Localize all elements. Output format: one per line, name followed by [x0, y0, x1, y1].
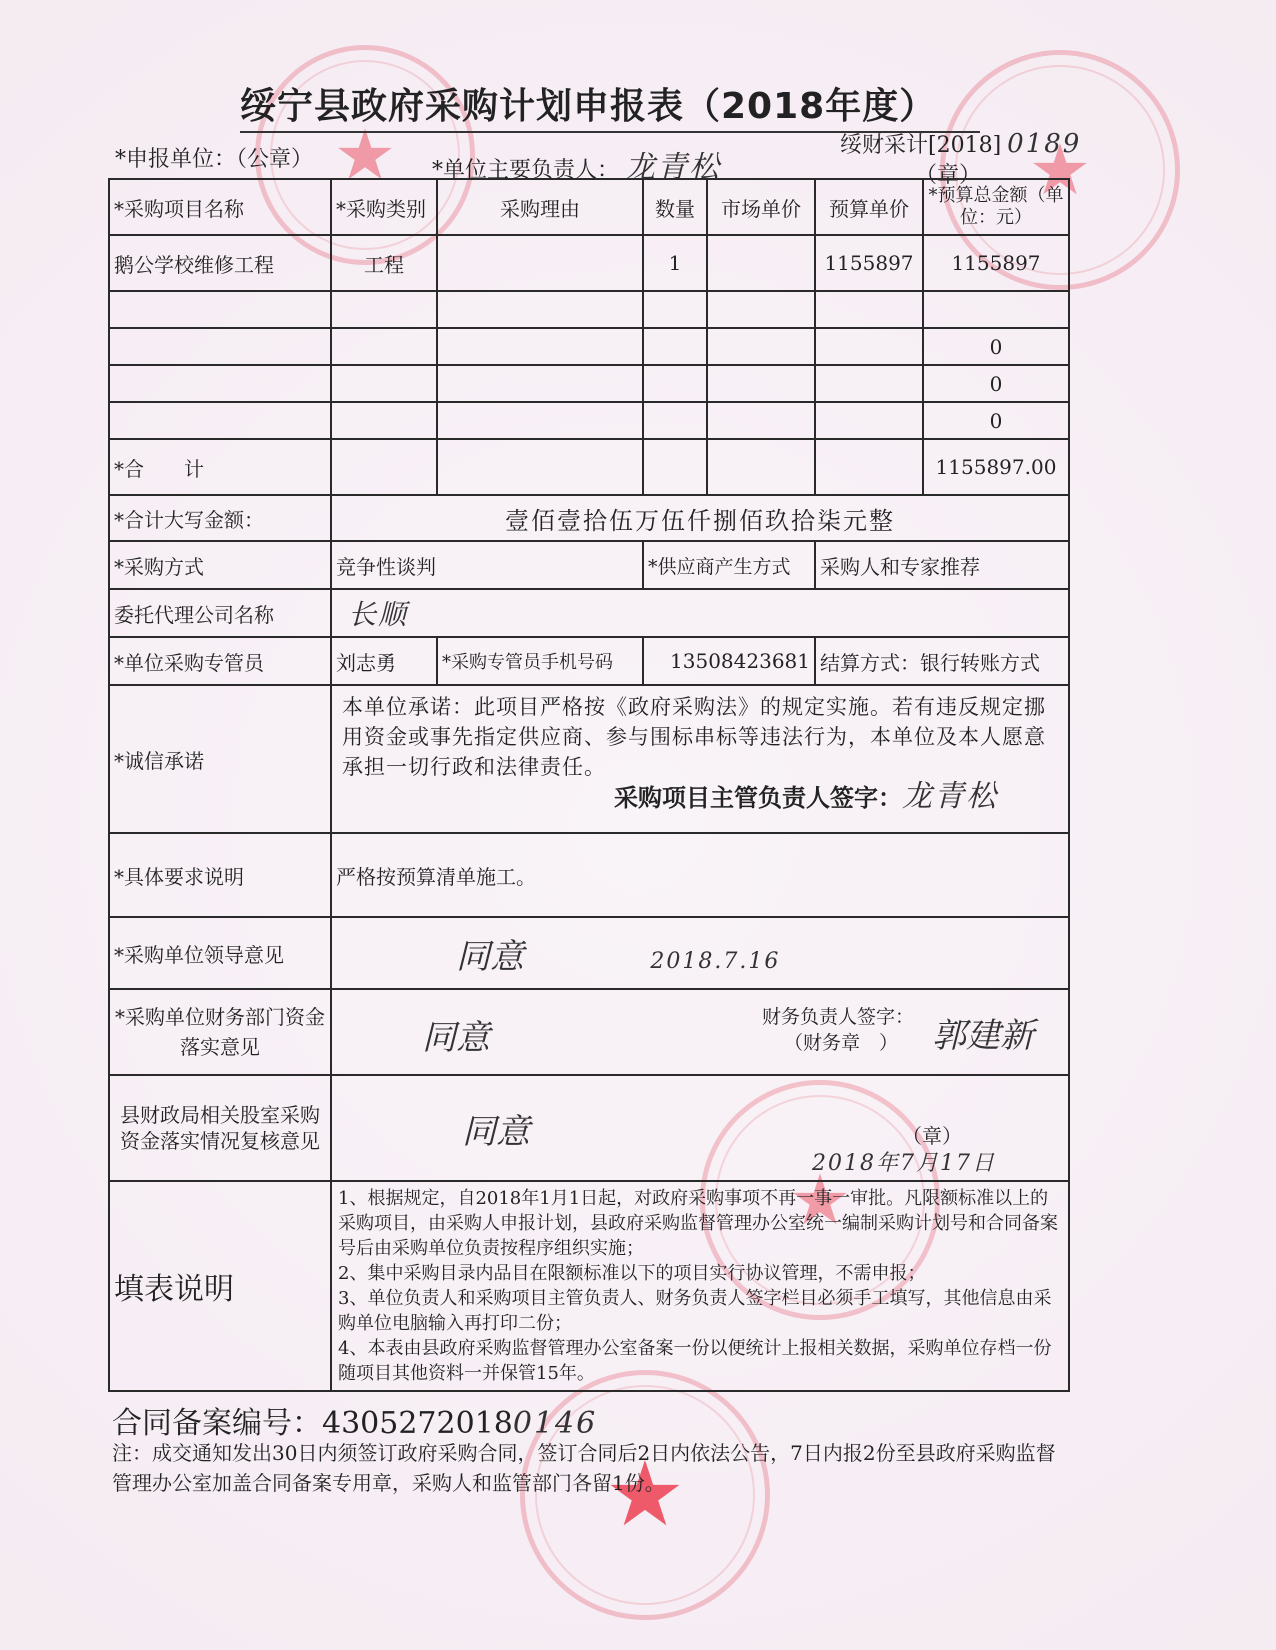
- category-cell: [331, 328, 437, 365]
- plan-number-field: 绥财采计[2018]0189: [840, 128, 1081, 159]
- finance-head-signature: 郭建新: [932, 1008, 1034, 1057]
- budget-total-cell: 0: [923, 328, 1069, 365]
- method-label: *采购方式: [109, 541, 331, 589]
- integrity-signature: 龙青松: [902, 779, 998, 814]
- note-item: 2、集中采购目录内品目在限额标准以下的项目实行协议管理，不需申报；: [338, 1261, 1062, 1286]
- empty-cell: [707, 439, 815, 495]
- leader-opinion-row: *采购单位领导意见 同意 2018.7.16: [109, 917, 1069, 989]
- budget-total-cell: [923, 291, 1069, 328]
- contract-number-field: 合同备案编号：43052720180146: [112, 1398, 597, 1442]
- contract-number-label: 合同备案编号：: [112, 1406, 322, 1441]
- column-header: 采购理由: [437, 179, 643, 235]
- integrity-cell: 本单位承诺：此项目严格按《政府采购法》的规定实施。若有违反规定挪用资金或事先指定…: [331, 685, 1069, 833]
- finance-opinion-row: *采购单位财务部门资金落实意见 同意 财务负责人签字： （财务章 ） 郭建新: [109, 989, 1069, 1075]
- officer-row: *单位采购专管员 刘志勇 *采购专管员手机号码 13508423681 结算方式…: [109, 637, 1069, 685]
- quantity-cell: [643, 328, 707, 365]
- column-header: 数量: [643, 179, 707, 235]
- table-row: 0: [109, 402, 1069, 439]
- column-header: *采购类别: [331, 179, 437, 235]
- officer-value: 刘志勇: [331, 637, 437, 685]
- phone-label: *采购专管员手机号码: [437, 637, 643, 685]
- empty-cell: [643, 439, 707, 495]
- integrity-text: 本单位承诺：此项目严格按《政府采购法》的规定实施。若有违反规定挪用资金或事先指定…: [342, 692, 1058, 782]
- market-price-cell: [707, 235, 815, 291]
- integrity-label: *诚信承诺: [109, 685, 331, 833]
- bureau-review-row: 县财政局相关股室采购资金落实情况复核意见 同意 （章） 2018年7月17日: [109, 1075, 1069, 1181]
- notes-label: 填表说明: [109, 1181, 331, 1391]
- reason-cell: [437, 235, 643, 291]
- finance-opinion-signature: 同意: [422, 1010, 490, 1059]
- bureau-review-cell: 同意 （章） 2018年7月17日: [331, 1075, 1069, 1181]
- total-caps-value: 壹佰壹拾伍万伍仟捌佰玖拾柒元整: [331, 495, 1069, 541]
- empty-cell: [331, 439, 437, 495]
- finance-sign-label: 财务负责人签字：: [762, 1004, 914, 1030]
- requirements-label: *具体要求说明: [109, 833, 331, 917]
- column-header: *预算总金额（单位：元）: [923, 179, 1069, 235]
- budget-price-cell: [815, 328, 923, 365]
- requirements-text: 严格按预算清单施工。: [331, 833, 1069, 917]
- market-price-cell: [707, 402, 815, 439]
- agent-value: 长顺: [331, 589, 1069, 637]
- integrity-row: *诚信承诺 本单位承诺：此项目严格按《政府采购法》的规定实施。若有违反规定挪用资…: [109, 685, 1069, 833]
- bureau-review-label: 县财政局相关股室采购资金落实情况复核意见: [109, 1075, 331, 1181]
- total-label: *合 计: [109, 439, 331, 495]
- settlement-method: 结算方式：银行转账方式: [815, 637, 1069, 685]
- category-cell: [331, 402, 437, 439]
- note-item: 3、单位负责人和采购项目主管负责人、财务负责人签字栏目必须手工填写，其他信息由采…: [338, 1286, 1062, 1336]
- table-row: 0: [109, 365, 1069, 402]
- footer-note: 注：成交通知发出30日内须签订政府采购合同，签订合同后2日内依法公告，7日内报2…: [112, 1438, 1072, 1498]
- total-row: *合 计 1155897.00: [109, 439, 1069, 495]
- reason-cell: [437, 291, 643, 328]
- total-value: 1155897.00: [923, 439, 1069, 495]
- budget-price-cell: 1155897: [815, 235, 923, 291]
- integrity-sign-label: 采购项目主管负责人签字：: [614, 784, 902, 812]
- bureau-seal-label: （章）: [902, 1120, 962, 1149]
- table-row: 0: [109, 328, 1069, 365]
- market-price-cell: [707, 365, 815, 402]
- contract-number: 4305272018: [322, 1406, 513, 1441]
- reason-cell: [437, 328, 643, 365]
- total-caps-row: *合计大写金额： 壹佰壹拾伍万伍仟捌佰玖拾柒元整: [109, 495, 1069, 541]
- leader-opinion-date: 2018.7.16: [650, 949, 780, 974]
- column-header: 市场单价: [707, 179, 815, 235]
- agent-label: 委托代理公司名称: [109, 589, 331, 637]
- budget-price-cell: [815, 402, 923, 439]
- plan-number-handwritten: 0189: [1007, 129, 1081, 159]
- column-header: 预算单价: [815, 179, 923, 235]
- page-title: 绥宁县政府采购计划申报表（2018年度）: [240, 78, 980, 133]
- budget-total-cell: 0: [923, 402, 1069, 439]
- document-page: ★ ★ ★ ★ 绥宁县政府采购计划申报表（2018年度） *申报单位：（公章） …: [0, 0, 1276, 1650]
- budget-total-cell: 1155897: [923, 235, 1069, 291]
- total-caps-label: *合计大写金额：: [109, 495, 331, 541]
- bureau-opinion-signature: 同意: [462, 1104, 530, 1153]
- applicant-unit-label: *申报单位：（公章）: [115, 142, 313, 173]
- empty-cell: [437, 439, 643, 495]
- item-name-cell: 鹅公学校维修工程: [109, 235, 331, 291]
- note-item: 4、本表由县政府采购监督管理办公室备案一份以便统计上报相关数据，采购单位存档一份…: [338, 1336, 1062, 1386]
- empty-cell: [815, 439, 923, 495]
- table-row: [109, 291, 1069, 328]
- officer-label: *单位采购专管员: [109, 637, 331, 685]
- category-cell: [331, 365, 437, 402]
- supplier-value: 采购人和专家推荐: [815, 541, 1069, 589]
- finance-seal-label: （财务章 ）: [762, 1030, 914, 1056]
- leader-opinion-label: *采购单位领导意见: [109, 917, 331, 989]
- plan-number-label: 绥财采计[2018]: [840, 133, 1001, 158]
- phone-value: 13508423681: [643, 637, 815, 685]
- market-price-cell: [707, 328, 815, 365]
- item-name-cell: [109, 402, 331, 439]
- category-cell: [331, 291, 437, 328]
- budget-total-cell: 0: [923, 365, 1069, 402]
- method-row: *采购方式 竞争性谈判 *供应商产生方式 采购人和专家推荐: [109, 541, 1069, 589]
- item-name-cell: [109, 365, 331, 402]
- leader-opinion-signature: 同意: [456, 937, 524, 977]
- reason-cell: [437, 365, 643, 402]
- note-item: 1、根据规定，自2018年1月1日起，对政府采购事项不再一事一审批。凡限额标准以…: [338, 1186, 1062, 1261]
- item-name-cell: [109, 291, 331, 328]
- procurement-form-table: *采购项目名称 *采购类别 采购理由 数量 市场单价 预算单价 *预算总金额（单…: [108, 178, 1070, 1392]
- market-price-cell: [707, 291, 815, 328]
- requirements-row: *具体要求说明 严格按预算清单施工。: [109, 833, 1069, 917]
- notes-cell: 1、根据规定，自2018年1月1日起，对政府采购事项不再一事一审批。凡限额标准以…: [331, 1181, 1069, 1391]
- bureau-review-date: 2018年7月17日: [812, 1146, 996, 1177]
- finance-sign-block: 财务负责人签字： （财务章 ）: [762, 1004, 914, 1056]
- quantity-cell: [643, 291, 707, 328]
- finance-opinion-cell: 同意 财务负责人签字： （财务章 ） 郭建新: [331, 989, 1069, 1075]
- contract-number-handwritten: 0146: [513, 1406, 597, 1441]
- finance-opinion-label: *采购单位财务部门资金落实意见: [109, 989, 331, 1075]
- agent-row: 委托代理公司名称 长顺: [109, 589, 1069, 637]
- quantity-cell: [643, 365, 707, 402]
- method-value: 竞争性谈判: [331, 541, 643, 589]
- leader-opinion-cell: 同意 2018.7.16: [331, 917, 1069, 989]
- category-cell: 工程: [331, 235, 437, 291]
- table-row: 鹅公学校维修工程 工程 1 1155897 1155897: [109, 235, 1069, 291]
- integrity-sign-line: 采购项目主管负责人签字：龙青松: [342, 782, 1058, 813]
- reason-cell: [437, 402, 643, 439]
- budget-price-cell: [815, 365, 923, 402]
- quantity-cell: [643, 402, 707, 439]
- notes-row: 填表说明 1、根据规定，自2018年1月1日起，对政府采购事项不再一事一审批。凡…: [109, 1181, 1069, 1391]
- budget-price-cell: [815, 291, 923, 328]
- table-header-row: *采购项目名称 *采购类别 采购理由 数量 市场单价 预算单价 *预算总金额（单…: [109, 179, 1069, 235]
- quantity-cell: 1: [643, 235, 707, 291]
- item-name-cell: [109, 328, 331, 365]
- supplier-label: *供应商产生方式: [643, 541, 815, 589]
- column-header: *采购项目名称: [109, 179, 331, 235]
